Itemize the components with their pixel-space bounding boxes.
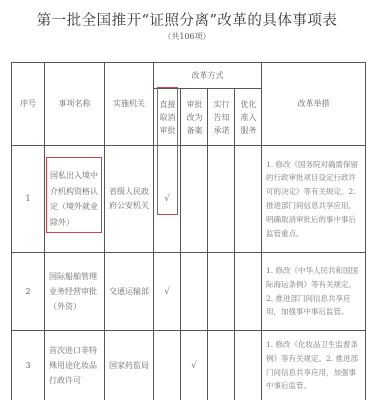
header-change-to-filing: 审批改为备案 [186,89,203,145]
header-notification-commitment: 实行告知承诺 [213,89,230,145]
row-check-optimize [235,146,261,252]
header-agency: 实施机关 [105,63,153,145]
row-measures: 1. 修改《国务院对确需保留的行政审批项目设定行政许可的决定》等有关规定。2. … [262,146,365,252]
row-check-filing: √ [181,331,207,400]
row-check-filing [181,253,207,330]
row-check-commitment [208,331,234,400]
row-check-commitment [208,146,234,252]
header-item-name: 事项名称 [45,63,104,145]
document-title: 第一批全国推开“证照分离”改革的具体事项表 [0,9,374,30]
highlight-row1-item-name [46,157,102,233]
row-agency: 省级人民政府公安机关 [107,146,151,252]
header-seq: 序号 [12,63,44,145]
row-check-optimize [235,253,261,330]
row-measures: 1. 修改《化妆品卫生监督条例》等有关规定。2. 推进部门间信息共享应用，加强事… [262,331,365,400]
row-check-optimize [235,331,261,400]
row-seq: 3 [12,331,44,400]
header-optimize-access: 优化准入服务 [240,89,257,145]
table-border [365,62,366,400]
row-check-direct-cancel: √ [154,253,180,330]
document-subtitle: （共106项） [0,31,374,42]
highlight-direct-cancel-column [157,87,178,215]
row-seq: 1 [12,146,44,252]
row-seq: 2 [12,253,44,330]
header-measures: 改革举措 [262,63,365,145]
row-measures: 1. 修改《中华人民共和国国际海运条例》等有关规定。2. 推进部门间信息共享应用… [262,253,365,330]
row-item-name: 国际船舶管理业务经营审批（外资） [49,253,101,330]
row-item-name: 首次进口非特殊用途化妆品行政许可 [49,331,101,400]
row-check-direct-cancel [154,331,180,400]
row-agency: 交通运输部 [105,253,153,330]
row-check-commitment [208,253,234,330]
header-reform-method: 改革方式 [154,63,261,88]
row-check-filing [181,146,207,252]
row-agency: 国家药监局 [105,331,153,400]
